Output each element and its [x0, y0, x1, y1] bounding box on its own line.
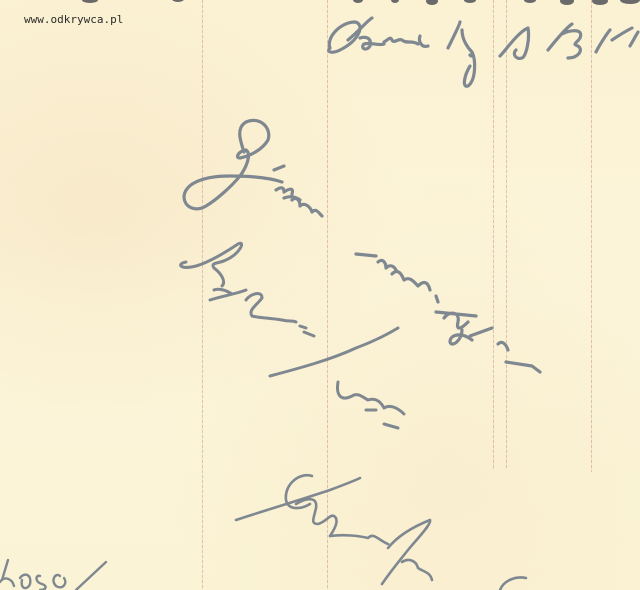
handwriting-layer	[0, 0, 640, 590]
handwriting-zum	[184, 120, 322, 216]
handwriting-andenken	[181, 243, 404, 428]
top-edge-border	[82, 0, 640, 5]
handwriting-header	[329, 18, 638, 86]
handwriting-signature	[236, 475, 526, 590]
handwriting-ewigen	[356, 254, 540, 372]
handwriting-number	[0, 560, 106, 590]
